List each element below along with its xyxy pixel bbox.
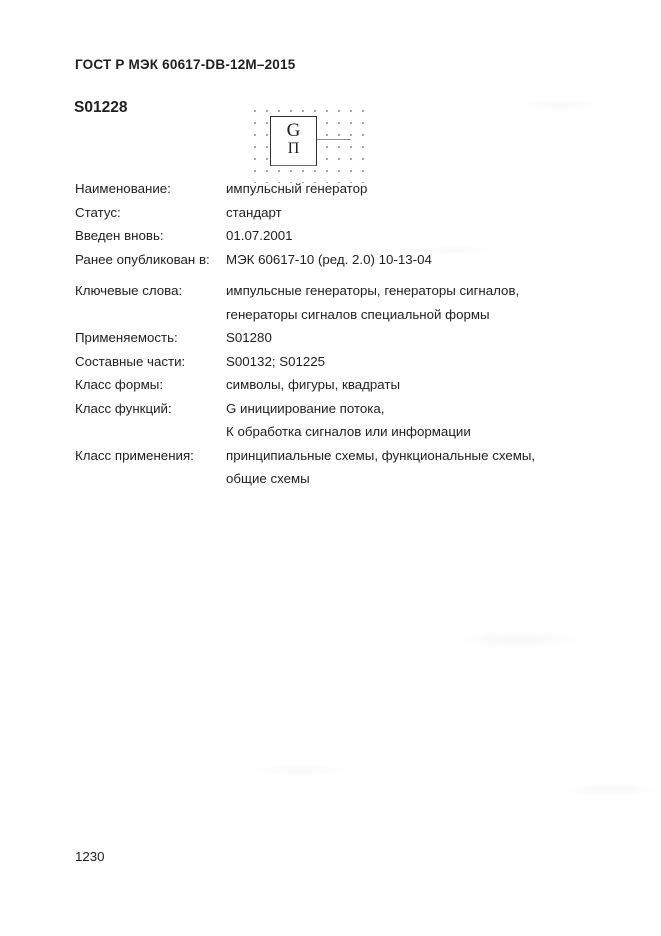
pulse-waveform-icon: Π xyxy=(288,140,300,157)
field-value: S00132; S01225 xyxy=(226,350,575,374)
field-value: МЭК 60617-10 (ред. 2.0) 10-13-04 xyxy=(226,248,575,272)
field-value: G инициирование потока, К обработка сигн… xyxy=(226,397,575,444)
field-value-line: общие схемы xyxy=(226,467,575,491)
document-page: { "document": { "standard_header": "ГОСТ… xyxy=(0,0,661,936)
generator-letter: G xyxy=(287,120,301,141)
field-value: импульсный генератор xyxy=(226,177,575,201)
field-label: Класс применения: xyxy=(75,444,226,491)
field-label: Применяемость: xyxy=(75,326,226,350)
field-value: 01.07.2001 xyxy=(226,224,575,248)
standard-header: ГОСТ Р МЭК 60617-DB-12M–2015 xyxy=(75,57,295,72)
field-value-line: G инициирование потока, xyxy=(226,397,575,421)
field-value-line: принципиальные схемы, функциональные схе… xyxy=(226,444,575,468)
field-value-line: К обработка сигналов или информации xyxy=(226,420,575,444)
field-label: Составные части: xyxy=(75,350,226,374)
field-label: Класс формы: xyxy=(75,373,226,397)
field-row-name: Наименование: импульсный генератор xyxy=(75,177,575,201)
page-number: 1230 xyxy=(75,849,105,864)
field-row-application-class: Класс применения: принципиальные схемы, … xyxy=(75,444,575,491)
field-label: Ранее опубликован в: xyxy=(75,248,226,272)
symbol-diagram: G Π xyxy=(246,101,365,183)
field-table: Наименование: импульсный генератор Стату… xyxy=(75,177,575,491)
field-label: Класс функций: xyxy=(75,397,226,444)
field-label: Введен вновь: xyxy=(75,224,226,248)
pulse-generator-symbol-box: G Π xyxy=(270,116,317,166)
field-value-line: генераторы сигналов специальной формы xyxy=(226,303,575,327)
field-row-shape-class: Класс формы: символы, фигуры, квадраты xyxy=(75,373,575,397)
field-label: Наименование: xyxy=(75,177,226,201)
field-label: Статус: xyxy=(75,201,226,225)
field-value-line: импульсные генераторы, генераторы сигнал… xyxy=(226,279,575,303)
field-value: стандарт xyxy=(226,201,575,225)
field-value: символы, фигуры, квадраты xyxy=(226,373,575,397)
field-row-keywords: Ключевые слова: импульсные генераторы, г… xyxy=(75,279,575,326)
connection-line xyxy=(317,139,351,140)
field-row-function-class: Класс функций: G инициирование потока, К… xyxy=(75,397,575,444)
field-value: S01280 xyxy=(226,326,575,350)
field-row-introduced: Введен вновь: 01.07.2001 xyxy=(75,224,575,248)
field-label: Ключевые слова: xyxy=(75,279,226,326)
field-value: импульсные генераторы, генераторы сигнал… xyxy=(226,279,575,326)
field-row-status: Статус: стандарт xyxy=(75,201,575,225)
field-row-applicability: Применяемость: S01280 xyxy=(75,326,575,350)
field-row-previously-published: Ранее опубликован в: МЭК 60617-10 (ред. … xyxy=(75,248,575,272)
field-row-components: Составные части: S00132; S01225 xyxy=(75,350,575,374)
symbol-id-heading: S01228 xyxy=(74,99,127,117)
field-value: принципиальные схемы, функциональные схе… xyxy=(226,444,575,491)
